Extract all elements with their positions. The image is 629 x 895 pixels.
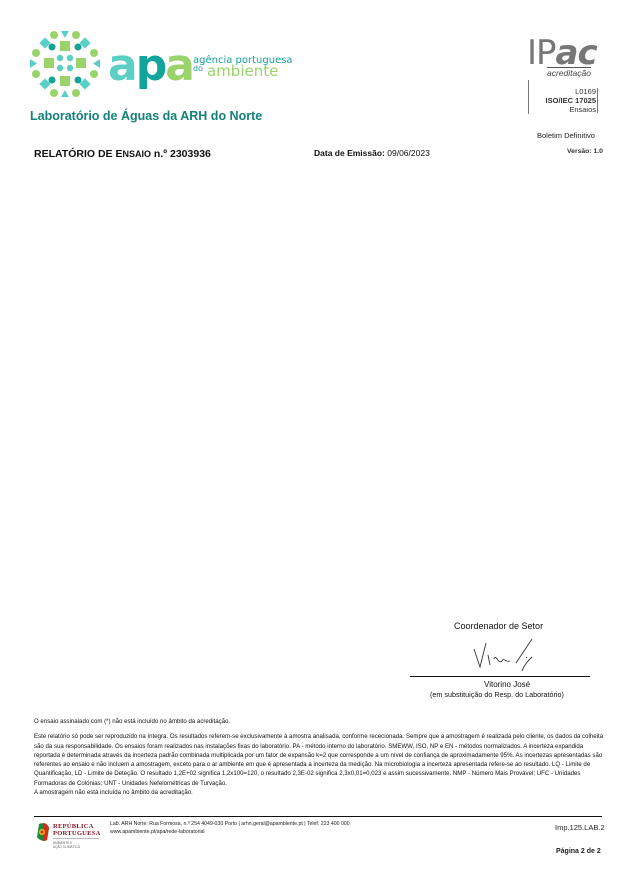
- report-version: Versão: 1.0: [567, 148, 603, 155]
- apa-logo-wordmark: apa: [108, 44, 193, 88]
- apa-tagline-ambiente: ambiente: [207, 62, 278, 80]
- gov-line-1: REPÚBLICA: [53, 823, 101, 830]
- note-accreditation-scope: O ensaio assinalado com (*) não está inc…: [34, 717, 604, 726]
- emission-label: Data de Emissão:: [314, 148, 385, 158]
- report-number: n.º 2303936: [154, 148, 211, 160]
- report-title-prefix: RELATÓRIO DE E: [34, 148, 122, 160]
- lab-name: Laboratório de Águas da ARH do Norte: [30, 109, 262, 123]
- handwritten-signature-icon: [470, 635, 550, 675]
- gov-ministry-line-2: AÇÃO CLIMÁTICA: [53, 845, 80, 849]
- signer-name: Vitorino José: [484, 680, 530, 689]
- footer-website-link[interactable]: www.apambiente.pt/apa/rede-laboratorial: [110, 828, 350, 836]
- signer-role: Coordenador de Setor: [454, 621, 543, 631]
- emission-date: Data de Emissão: 09/06/2023: [314, 148, 430, 158]
- apa-letter-a1: a: [108, 40, 136, 91]
- note-sampling: A amostragem não está incluída no âmbito…: [34, 788, 604, 797]
- ipac-divider-right: [597, 88, 598, 113]
- accreditation-standard: ISO/IEC 17025: [546, 96, 596, 105]
- report-notes: O ensaio assinalado com (*) não está inc…: [34, 717, 604, 797]
- form-code: Imp.125.LAB.2: [555, 823, 605, 832]
- footer-address: Lab. ARH Norte: Rua Formosa, n.º 254 404…: [110, 820, 350, 836]
- footer-address-line: Lab. ARH Norte: Rua Formosa, n.º 254 404…: [110, 820, 350, 828]
- note-disclaimer: Este relatório só pode ser reproduzido n…: [34, 732, 604, 788]
- footer-divider: [34, 816, 602, 817]
- ipac-divider-left: [528, 80, 529, 114]
- report-title: RELATÓRIO DE ENSAIO n.º 2303936: [34, 148, 211, 160]
- report-status: Boletim Definitivo: [537, 131, 595, 140]
- signature-line: [410, 676, 590, 677]
- apa-letter-p: p: [136, 40, 166, 91]
- accreditation-code: L0169: [575, 87, 596, 96]
- gov-line-2: PORTUGUESA: [53, 830, 101, 837]
- report-title-smallcaps: NSAIO: [122, 149, 151, 159]
- ipac-subtitle: acreditação: [547, 67, 591, 78]
- accreditation-scope: Ensaios: [569, 105, 596, 114]
- gov-logo-text: REPÚBLICA PORTUGUESA: [53, 823, 101, 837]
- republica-portuguesa-flag-icon: [36, 822, 50, 842]
- page-number: Página 2 de 2: [556, 848, 601, 855]
- emission-value: 09/06/2023: [387, 148, 430, 158]
- apa-tagline-do: do: [193, 64, 203, 73]
- signer-note: (em substituição do Resp. do Laboratório…: [430, 690, 564, 699]
- apa-mosaic-logo-icon: [28, 30, 102, 98]
- gov-logo-divider: [53, 838, 99, 839]
- gov-ministry: AMBIENTE E AÇÃO CLIMÁTICA: [53, 841, 80, 849]
- apa-letter-a2: a: [165, 40, 193, 91]
